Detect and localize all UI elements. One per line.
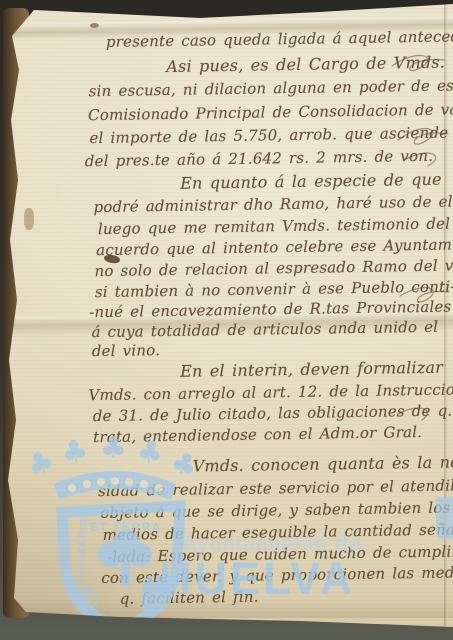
manuscript-line: medios de hacer eseguible la cantidad se… [103,520,453,544]
manuscript-line: no solo de relacion al espresado Ramo de… [94,256,453,280]
manuscript-text: presente caso queda ligada á aquel antec… [0,0,453,640]
manuscript-line: acuerdo que al intento celebre ese Ayunt… [96,235,453,259]
manuscript-line: q. faciliten el fin. [120,588,259,608]
manuscript-line: sidad de realizar este servicio por el a… [98,476,453,500]
manuscript-line: del vino. [92,341,161,360]
manuscript-line: Vmds. conocen quanta ès la nece- [192,452,453,476]
manuscript-line: trata, entendiendose con el Adm.or Gral. [93,423,422,446]
manuscript-line: luego que me remitan Vmds. testimonio de… [98,215,451,239]
scanned-document: presente caso queda ligada á aquel antec… [0,0,453,640]
manuscript-line: el importe de las 5.750, arrob. que asci… [89,123,453,147]
manuscript-paper-sheet: presente caso queda ligada á aquel antec… [0,0,453,640]
manuscript-line: -lada: Espero que cuiden mucho de cumpli… [107,542,453,566]
manuscript-line: con este dever, y que proporcionen las m… [101,563,453,587]
manuscript-line: Comisionado Principal de Consolidacion d… [88,100,453,124]
manuscript-line: presente caso queda ligada á aquel antec… [106,27,453,51]
manuscript-line: objeto á que se dirige, y saben tambien … [100,499,450,522]
manuscript-line: Vmds. con arreglo al art. 12. de la Inst… [88,380,453,404]
manuscript-line: podré administrar dho Ramo, haré uso de … [93,192,453,216]
manuscript-line: En el interin, deven formalizar [180,358,443,381]
manuscript-line: de 31. de Julio citado, las obligaciones… [93,402,453,426]
manuscript-line: del pres.te año á 21.642 rs. 2 mrs. de v… [85,147,434,170]
manuscript-line: sin escusa, ni dilacion alguna en poder … [89,76,453,100]
manuscript-line: En quanto á la especie de que [180,170,442,193]
manuscript-line: á cuya totalidad de articulos anda unido… [91,318,438,341]
manuscript-line: Asi pues, es del Cargo de Vmds. poner [166,52,453,76]
